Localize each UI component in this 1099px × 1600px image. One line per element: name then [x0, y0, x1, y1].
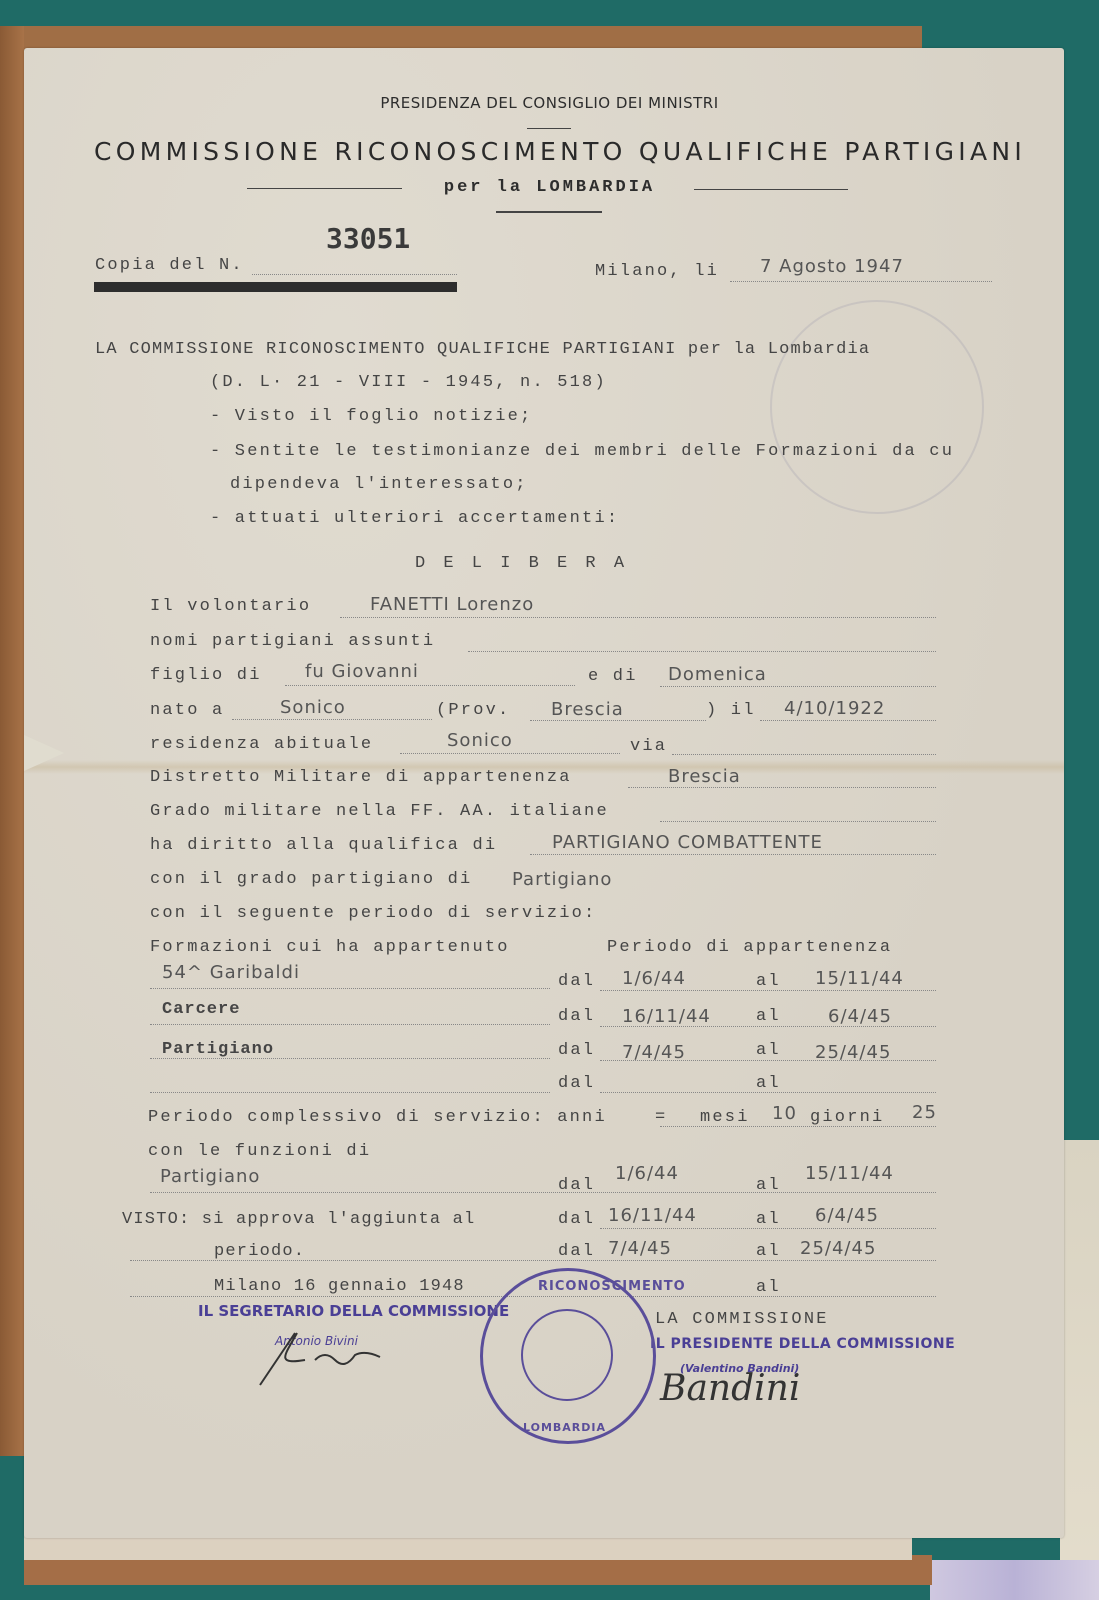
formation-line: [150, 988, 550, 989]
formation-line: [150, 1058, 550, 1059]
formation-line: [150, 1024, 550, 1025]
father-label: figlio di: [150, 666, 262, 685]
to-label: al: [756, 972, 781, 991]
approval-note-cont: periodo.: [214, 1242, 305, 1261]
period-line: [600, 1092, 936, 1093]
function-line: [150, 1192, 936, 1193]
mother-name: Domenica: [668, 664, 767, 685]
to-label: al: [756, 1210, 781, 1229]
commission-label: LA COMMISSIONE: [655, 1310, 829, 1329]
president-signature: Bandini: [660, 1368, 800, 1409]
to-label: al: [756, 1278, 781, 1297]
mother-line: [660, 686, 936, 687]
from-label: dal: [558, 1242, 595, 1261]
from-date: 1/6/44: [622, 968, 686, 989]
district-line: [628, 787, 936, 788]
secretary-signature: [255, 1325, 395, 1390]
presidency-heading: PRESIDENZA DEL CONSIGLIO DEI MINISTRI: [0, 94, 1099, 112]
ghost-stamp-bleedthrough: [770, 300, 984, 514]
from-label: dal: [558, 1210, 595, 1229]
from-label: dal: [558, 972, 595, 991]
decision-heading: D E L I B E R A: [415, 554, 628, 573]
birthdate-label: ) il: [706, 701, 756, 720]
total-days: 25: [912, 1102, 937, 1123]
to-date: 25/4/45: [800, 1238, 876, 1259]
mother-label: e di: [588, 667, 638, 686]
service-label: con il seguente periodo di servizio:: [150, 904, 596, 923]
province-value: Brescia: [551, 699, 624, 720]
from-date: 1/6/44: [615, 1163, 679, 1184]
volunteer-line: [340, 617, 936, 618]
residence-value: Sonico: [447, 730, 513, 751]
qualification-label: ha diritto alla qualifica di: [150, 836, 497, 855]
partisan-rank-label: con il grado partigiano di: [150, 870, 472, 889]
region-rule-right: [694, 189, 848, 190]
approval-date: Milano 16 gennaio 1948: [214, 1277, 465, 1296]
place-label: Milano, li: [595, 262, 719, 281]
period-column-header: Periodo di appartenenza: [607, 938, 892, 957]
copy-label: Copia del N.: [95, 256, 244, 275]
period-line: [600, 1026, 936, 1027]
date-line: [730, 281, 992, 282]
secretary-stamp: IL SEGRETARIO DELLA COMMISSIONE: [198, 1302, 509, 1320]
street-label: via: [630, 737, 667, 756]
header-underline: [496, 211, 602, 213]
total-service-line: [660, 1126, 936, 1127]
preamble-item-2-cont: dipendeva l'interessato;: [230, 475, 528, 494]
period-line: [600, 1060, 936, 1061]
total-service-label: Periodo complessivo di servizio: anni: [148, 1108, 607, 1127]
father-line: [285, 685, 575, 686]
underlying-sheet-stamp: [930, 1560, 1099, 1600]
commission-title: COMMISSIONE RICONOSCIMENTO QUALIFICHE PA…: [94, 137, 1026, 166]
district-label: Distretto Militare di appartenenza: [150, 768, 572, 787]
birthdate-value: 4/10/1922: [784, 698, 885, 719]
partisan-rank-value: Partigiano: [512, 869, 612, 890]
total-years: =: [655, 1108, 667, 1127]
function-line: [130, 1260, 936, 1261]
to-date: 15/11/44: [805, 1163, 894, 1184]
to-date: 6/4/45: [815, 1205, 879, 1226]
official-seal: RICONOSCIMENTO LOMBARDIA: [480, 1268, 656, 1444]
from-date: 7/4/45: [608, 1238, 672, 1259]
military-rank-label: Grado militare nella FF. AA. italiane: [150, 802, 609, 821]
preamble-item-2: - Sentite le testimonianze dei membri de…: [210, 442, 954, 461]
underlying-sheet: [1060, 1140, 1099, 1600]
seal-text: RICONOSCIMENTO: [538, 1279, 686, 1294]
partisan-names-line: [468, 651, 936, 652]
approval-note: VISTO: si approva l'aggiunta al: [122, 1210, 475, 1229]
birthplace-line: [232, 719, 432, 720]
function-line: [600, 1228, 936, 1229]
preamble-item-3: - attuati ulteriori accertamenti:: [210, 509, 619, 528]
days-label: giorni: [810, 1108, 884, 1127]
copy-number-line: [252, 274, 457, 275]
from-date: 16/11/44: [622, 1006, 711, 1027]
from-label: dal: [558, 1074, 595, 1093]
seal-text-bottom: LOMBARDIA: [523, 1421, 606, 1434]
province-label: (Prov.: [436, 701, 510, 720]
father-name: fu Giovanni: [305, 661, 419, 682]
preamble-item-1: - Visto il foglio notizie;: [210, 407, 532, 426]
period-line: [600, 990, 936, 991]
months-label: mesi: [700, 1108, 750, 1127]
to-label: al: [756, 1074, 781, 1093]
document-date: 7 Agosto 1947: [760, 256, 904, 277]
header-divider: [527, 128, 571, 129]
functions-label: con le funzioni di: [148, 1142, 371, 1161]
birthplace-label: nato a: [150, 701, 224, 720]
street-line: [672, 754, 936, 755]
copy-number: 33051: [326, 222, 410, 255]
formation-name: Carcere: [162, 1000, 240, 1019]
wooden-board-left: [0, 26, 24, 1456]
birthdate-line: [760, 720, 936, 721]
to-label: al: [756, 1242, 781, 1261]
from-date: 16/11/44: [608, 1205, 697, 1226]
to-date: 15/11/44: [815, 968, 904, 989]
district-value: Brescia: [668, 766, 741, 787]
volunteer-name: FANETTI Lorenzo: [370, 594, 534, 615]
formation-name: Partigiano: [162, 1040, 274, 1059]
from-label: dal: [558, 1007, 595, 1026]
region-heading: per la LOMBARDIA: [0, 178, 1099, 197]
qualification-line: [530, 854, 936, 855]
to-label: al: [756, 1007, 781, 1026]
volunteer-label: Il volontario: [150, 597, 311, 616]
from-label: dal: [558, 1041, 595, 1060]
birthplace-value: Sonico: [280, 697, 346, 718]
formation-name: 54^ Garibaldi: [162, 962, 300, 983]
military-rank-line: [660, 821, 936, 822]
partisan-names-label: nomi partigiani assunti: [150, 632, 435, 651]
formation-line: [150, 1092, 550, 1093]
total-months: 10: [772, 1103, 797, 1124]
to-date: 6/4/45: [828, 1006, 892, 1027]
residence-line: [400, 753, 620, 754]
wooden-board-top: [0, 26, 922, 50]
qualification-value: PARTIGIANO COMBATTENTE: [552, 832, 823, 853]
preamble-line: LA COMMISSIONE RICONOSCIMENTO QUALIFICHE…: [95, 340, 870, 359]
to-label: al: [756, 1041, 781, 1060]
function-role: Partigiano: [160, 1166, 260, 1187]
decree-reference: (D. L· 21 - VIII - 1945, n. 518): [210, 373, 607, 392]
redaction-bar: [94, 282, 457, 292]
seal-inner-ring: [521, 1309, 613, 1401]
residence-label: residenza abituale: [150, 735, 373, 754]
formations-column-header: Formazioni cui ha appartenuto: [150, 938, 510, 957]
province-line: [530, 720, 706, 721]
paper-tear: [24, 735, 64, 771]
president-stamp: IL PRESIDENTE DELLA COMMISSIONE: [650, 1336, 955, 1352]
